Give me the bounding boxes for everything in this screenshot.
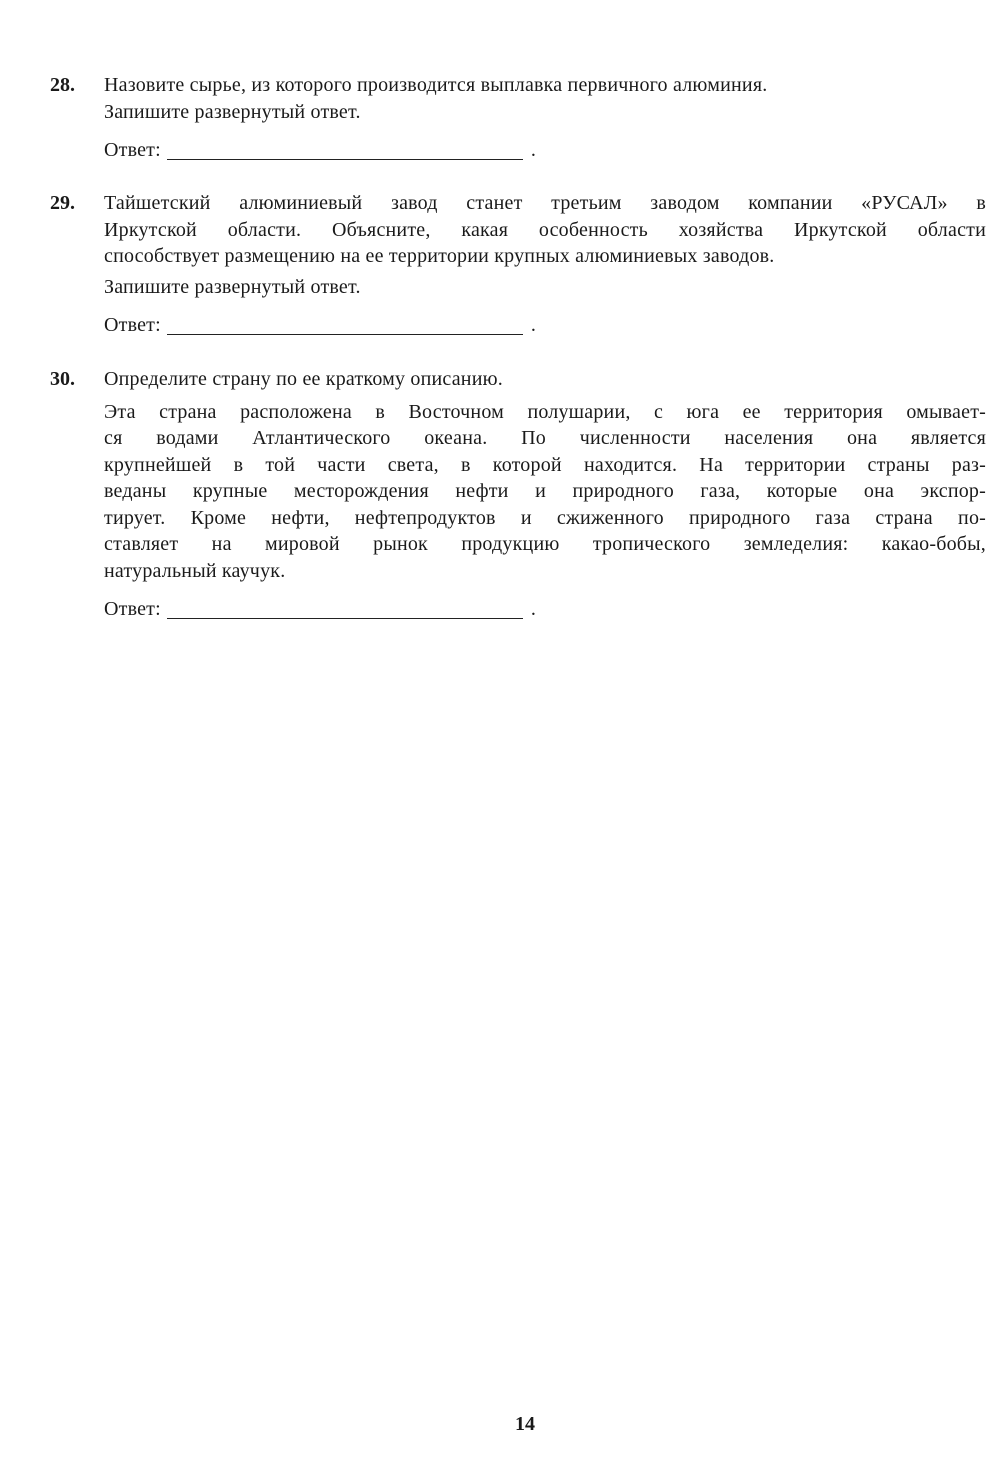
question-prompt: Определите страну по ее краткому описани… [104, 366, 986, 393]
answer-field[interactable] [167, 139, 523, 160]
answer-terminator: . [531, 312, 536, 338]
description-line: тирует. Кроме нефти, нефтепродуктов и сж… [104, 505, 986, 532]
description-line: Эта страна расположена в Восточном полуш… [104, 399, 986, 426]
answer-row: Ответ: . [104, 312, 986, 338]
question-text-line: способствует размещению на ее территории… [104, 243, 986, 270]
answer-field[interactable] [167, 598, 523, 619]
question-text-line: Тайшетский алюминиевый завод станет трет… [104, 190, 986, 217]
answer-row: Ответ: . [104, 137, 986, 163]
question-body: Определите страну по ее краткому описани… [104, 366, 986, 622]
answer-label: Ответ: [104, 596, 161, 622]
answer-label: Ответ: [104, 137, 161, 163]
question-number: 28. [50, 72, 75, 98]
document-page: 28. Назовите сырье, из которого производ… [0, 0, 1000, 1468]
instruction-text: Запишите развернутый ответ. [104, 274, 986, 301]
question-number: 29. [50, 190, 75, 216]
question-text-line: Иркутской области. Объясните, какая особ… [104, 217, 986, 244]
description-line: ся водами Атлантического океана. По числ… [104, 425, 986, 452]
answer-terminator: . [531, 137, 536, 163]
answer-row: Ответ: . [104, 596, 986, 622]
page-number: 14 [0, 1413, 1000, 1436]
question-body: Тайшетский алюминиевый завод станет трет… [104, 190, 986, 338]
instruction-text: Запишите развернутый ответ. [104, 99, 986, 126]
description-line: крупнейшей в той части света, в которой … [104, 452, 986, 479]
answer-field[interactable] [167, 314, 523, 335]
description-line: ставляет на мировой рынок продукцию троп… [104, 531, 986, 558]
description-line: натуральный каучук. [104, 558, 986, 585]
question-body: Назовите сырье, из которого производится… [104, 72, 986, 163]
question-text: Назовите сырье, из которого производится… [104, 72, 986, 99]
description-line: веданы крупные месторождения нефти и при… [104, 478, 986, 505]
question-number: 30. [50, 366, 75, 392]
answer-terminator: . [531, 596, 536, 622]
answer-label: Ответ: [104, 312, 161, 338]
